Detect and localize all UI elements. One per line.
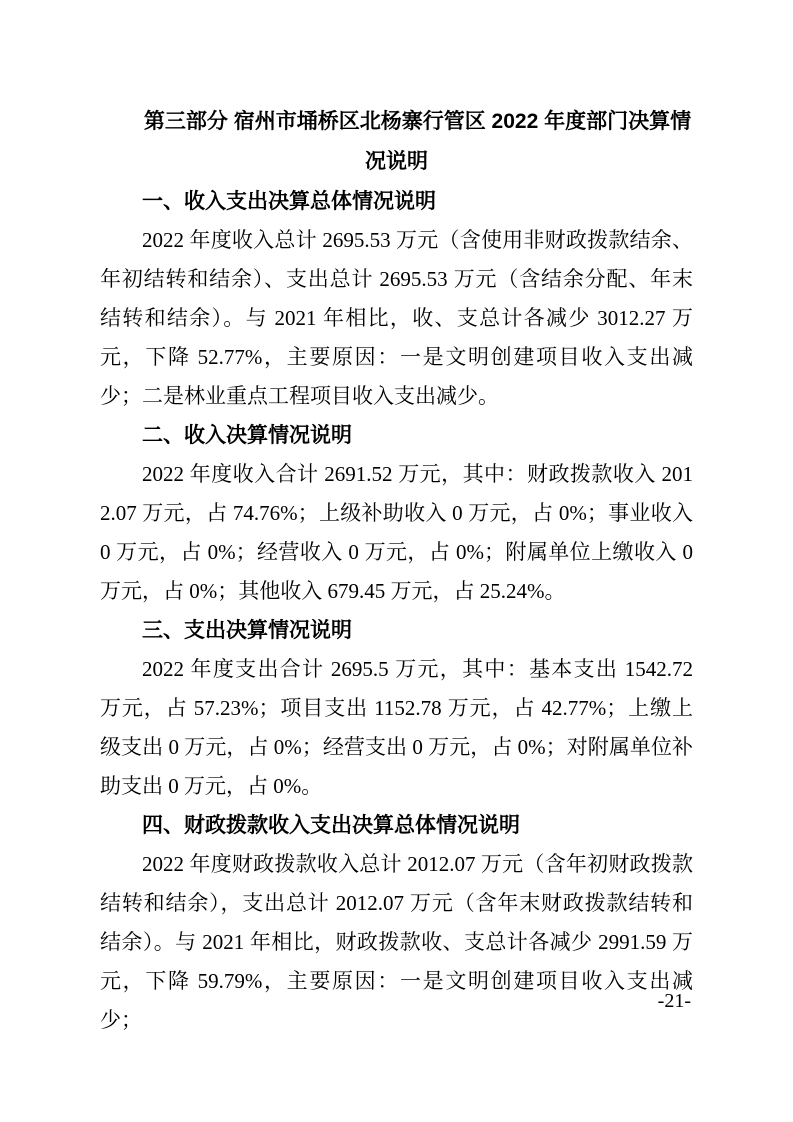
section-heading-fiscal-appropriation-overview: 四、财政拨款收入支出决算总体情况说明 (100, 806, 693, 845)
section-paragraph-income-expenditure-overview: 2022 年度收入总计 2695.53 万元（含使用非财政拨款结余、年初结转和结… (100, 221, 693, 416)
section-heading-expenditure-final-accounts: 三、支出决算情况说明 (100, 611, 693, 650)
document-title-line-1: 第三部分 宿州市埇桥区北杨寨行管区 2022 年度部门决算情 (100, 102, 693, 142)
section-heading-income-expenditure-overview: 一、收入支出决算总体情况说明 (100, 182, 693, 221)
document-content: 第三部分 宿州市埇桥区北杨寨行管区 2022 年度部门决算情 况说明 一、收入支… (100, 102, 693, 1040)
section-paragraph-expenditure-final-accounts: 2022 年度支出合计 2695.5 万元，其中：基本支出 1542.72 万元… (100, 650, 693, 806)
section-paragraph-fiscal-appropriation-overview: 2022 年度财政拨款收入总计 2012.07 万元（含年初财政拨款结转和结余）… (100, 845, 693, 1040)
section-paragraph-income-final-accounts: 2022 年度收入合计 2691.52 万元，其中：财政拨款收入 2012.07… (100, 455, 693, 611)
document-title: 第三部分 宿州市埇桥区北杨寨行管区 2022 年度部门决算情 况说明 (100, 102, 693, 182)
section-heading-income-final-accounts: 二、收入决算情况说明 (100, 416, 693, 455)
page-number: -21- (658, 990, 691, 1012)
document-page: 第三部分 宿州市埇桥区北杨寨行管区 2022 年度部门决算情 况说明 一、收入支… (0, 0, 793, 1122)
document-title-line-2: 况说明 (100, 142, 693, 182)
